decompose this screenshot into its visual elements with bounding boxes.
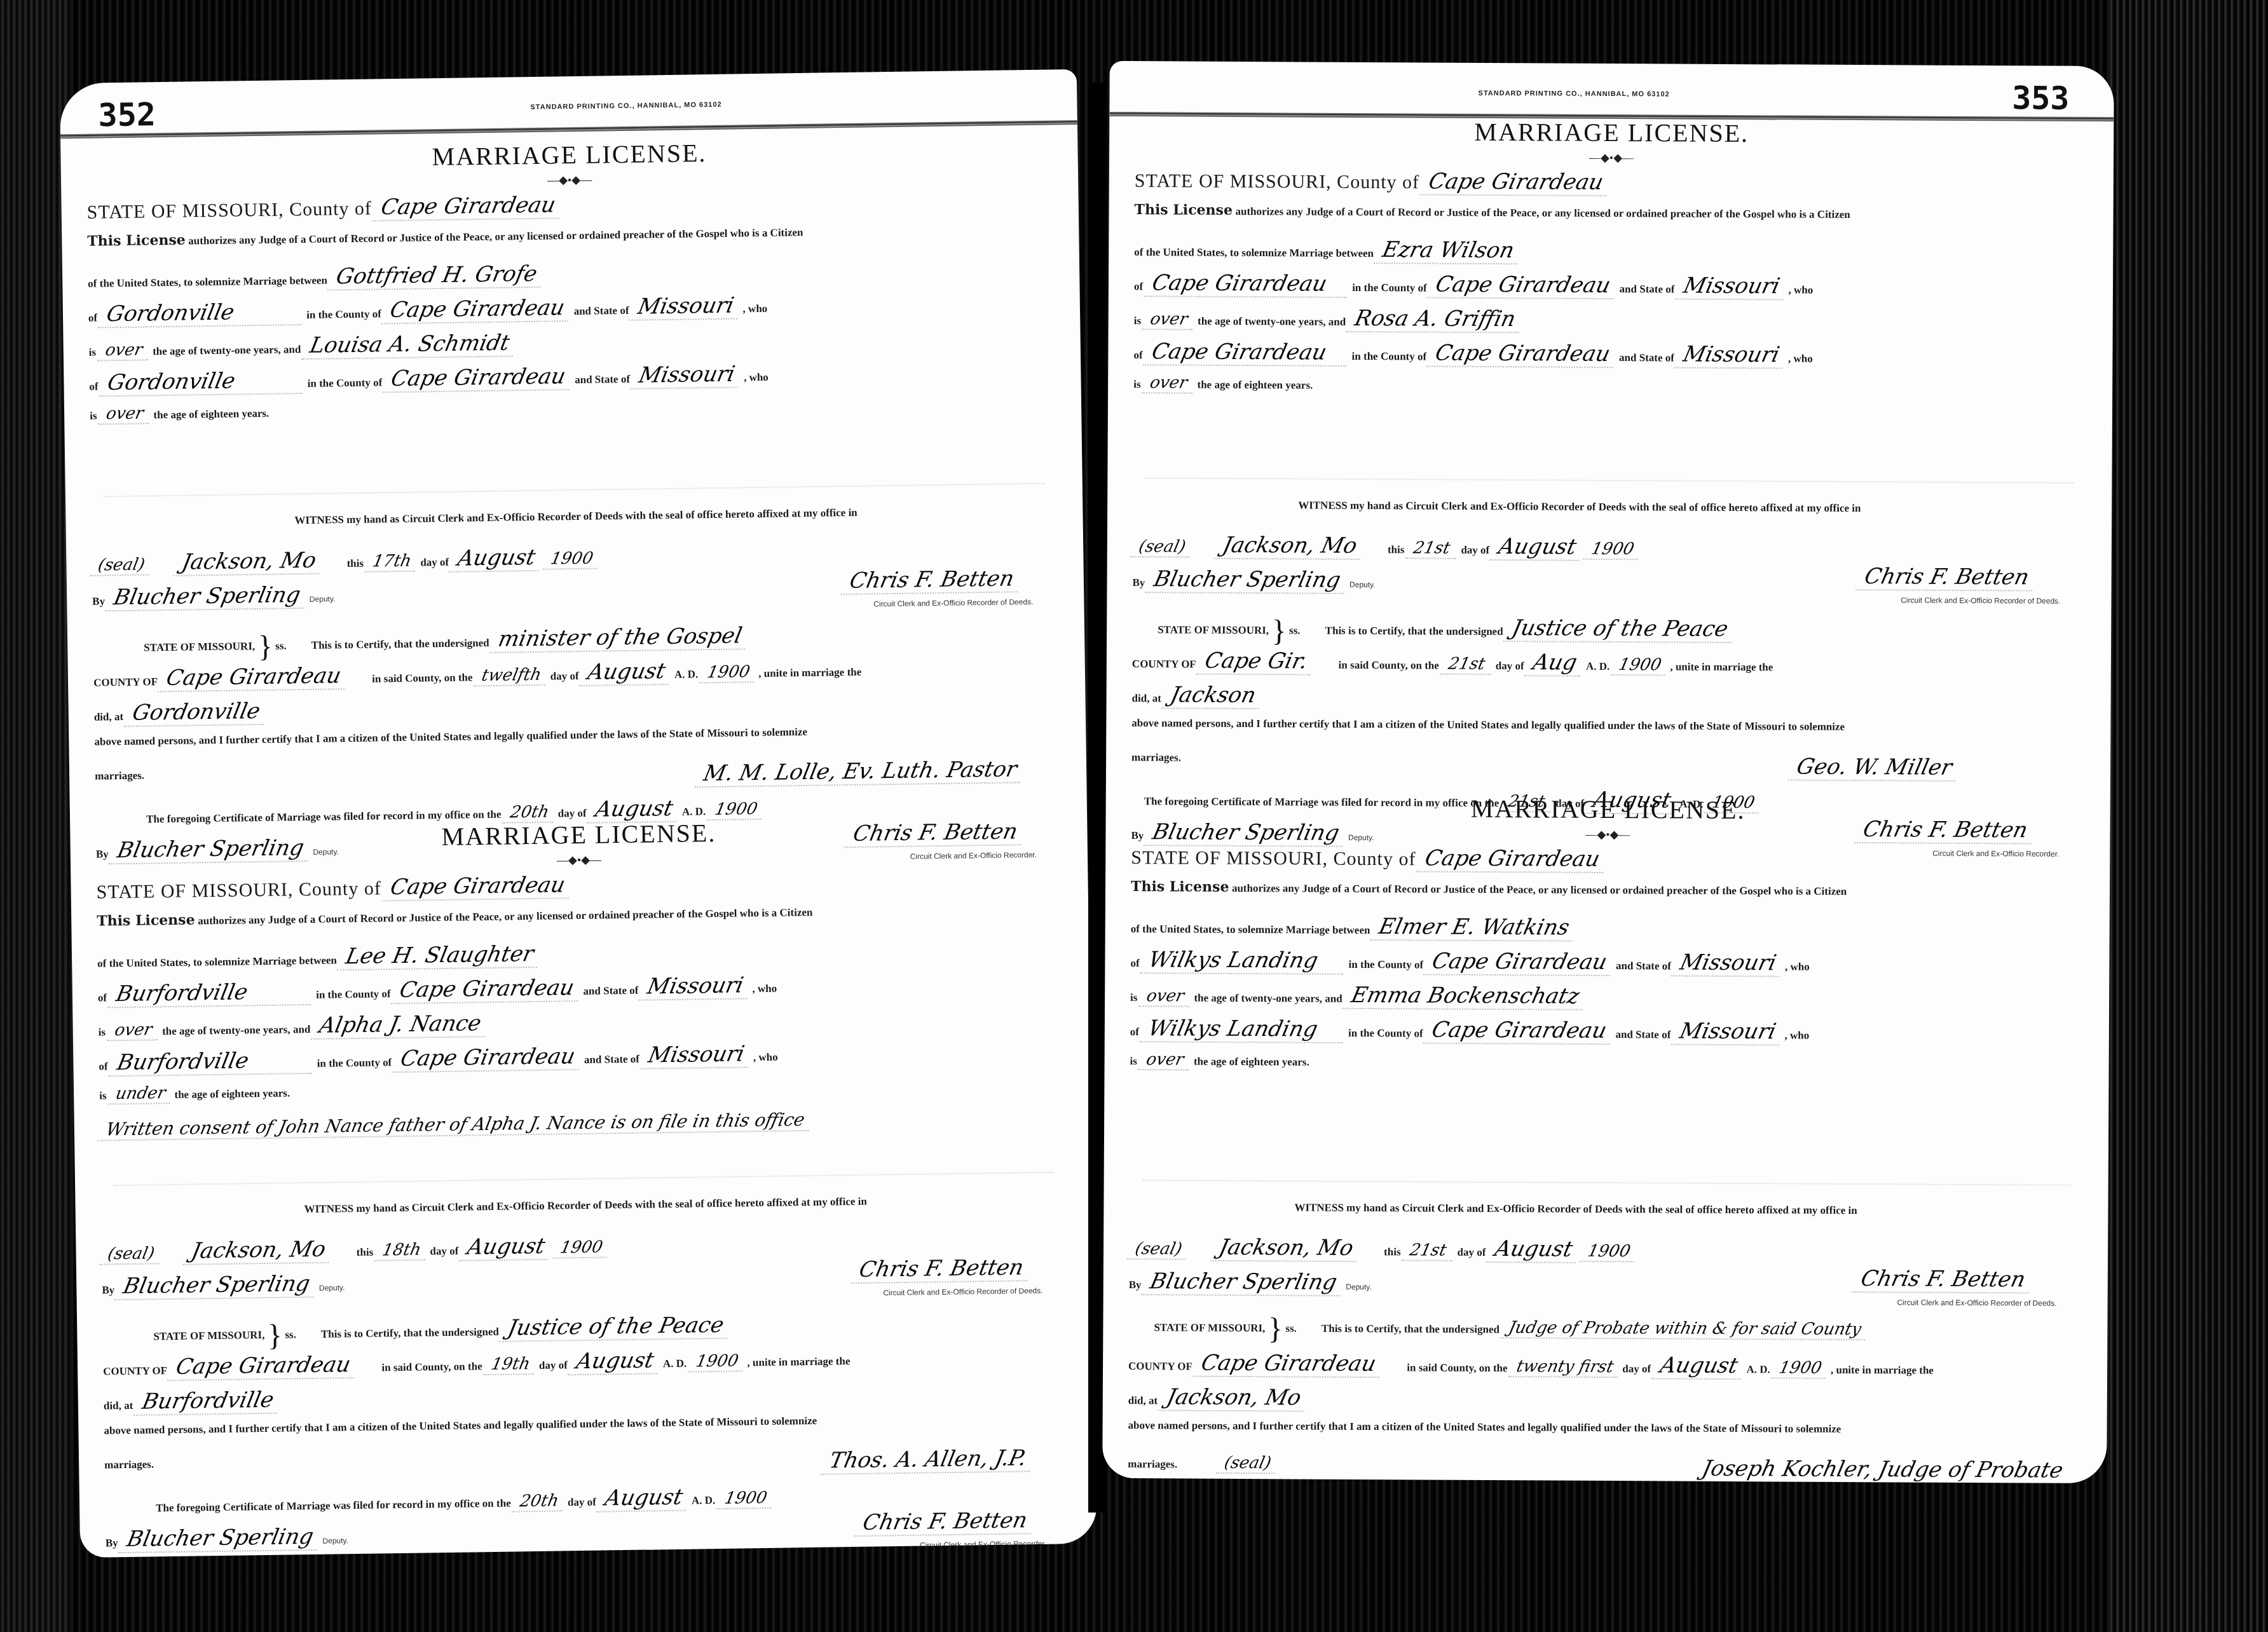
ss-label: ss. [285, 1328, 296, 1340]
groom-residence: Cape Girardeau [1143, 270, 1352, 298]
officiant-title: minister of the Gospel [489, 623, 751, 653]
bride-age-status: over [98, 404, 153, 425]
who-label: , who [1784, 1029, 1809, 1041]
brace: } [257, 634, 273, 660]
bride-age-status: over [1138, 1050, 1193, 1070]
certify-text: This is to Certify, that the undersigned [321, 1326, 499, 1340]
ad-label: A. D. [682, 805, 706, 818]
county-entry: Cape Girardeau [1416, 845, 1608, 873]
of-label: of [1133, 349, 1142, 361]
filed-day: 20th [512, 1491, 567, 1512]
blank-lines [1145, 407, 2074, 484]
cert-year: 1900 [1771, 1358, 1830, 1378]
deputy-signature: Blucher Sperling [1142, 1268, 1346, 1296]
day-of-label: day of [539, 1359, 568, 1371]
county-label: in the County of [316, 988, 391, 1001]
blank-lines [1142, 1084, 2071, 1186]
state-county-label: STATE OF MISSOURI, County of [96, 878, 381, 902]
who-label: , who [753, 1051, 778, 1064]
bride-name: Louisa A. Schmidt [301, 330, 519, 360]
ornament-divider: —◆•◆— [1131, 826, 2084, 844]
officiant-title: Justice of the Peace [1503, 615, 1737, 643]
did-at-label: did, at [104, 1399, 133, 1412]
age-18-label: the age of eighteen years. [174, 1087, 290, 1101]
clerk-caption: Circuit Clerk and Ex-Officio Recorder of… [883, 1286, 1042, 1298]
license-record: MARRIAGE LICENSE. —◆•◆— STATE OF MISSOUR… [1127, 792, 2084, 1483]
is-label: is [90, 410, 97, 422]
bride-residence: Wilkys Landing [1139, 1016, 1348, 1044]
witness-year: 1900 [1583, 540, 1642, 560]
witness-text: WITNESS my hand as Circuit Clerk and Ex-… [304, 1195, 868, 1215]
is-label: is [99, 1089, 107, 1101]
day-of-label: day of [430, 1245, 458, 1258]
groom-residence: Burfordville [107, 979, 315, 1009]
bride-state: Missouri [1674, 342, 1788, 369]
marriages-label: marriages. [1128, 1458, 1177, 1470]
bride-state: Missouri [1670, 1019, 1784, 1046]
marriages-label: marriages. [104, 1458, 154, 1471]
groom-state: Missouri [1671, 950, 1785, 977]
county-label: in the County of [1352, 350, 1427, 363]
witness-day: 17th [364, 551, 420, 572]
day-of-label: day of [1458, 1246, 1486, 1258]
this-label: this [346, 557, 364, 569]
did-at-label: did, at [1132, 692, 1161, 704]
who-label: , who [744, 371, 769, 384]
bride-residence: Cape Girardeau [1143, 339, 1352, 367]
solemnize-label: of the United States, to solemnize Marri… [97, 954, 337, 969]
groom-age-status: over [1138, 986, 1194, 1007]
seal-mark: (seal) [1130, 537, 1194, 557]
authorizes-text: authorizes any Judge of a Court of Recor… [1232, 882, 1847, 897]
witness-month: August [459, 1234, 554, 1261]
age-18-label: the age of eighteen years. [153, 407, 269, 421]
officiant-title: Justice of the Peace [499, 1312, 732, 1342]
officiant-signature: Geo. W. Miller [1787, 754, 1960, 782]
state-label: and State of [1615, 1028, 1670, 1040]
groom-county: Cape Girardeau [381, 295, 573, 324]
unite-label: , unite in marriage the [758, 666, 861, 679]
ad-label: A. D. [1746, 1363, 1770, 1375]
this-license-label: This License [97, 911, 195, 929]
in-said-county-label: in said County, on the [1407, 1361, 1507, 1374]
of-label: of [89, 380, 98, 392]
cert-place: Jackson, Mo [1158, 1384, 1309, 1411]
state-label: and State of [1620, 283, 1675, 295]
cert-day: 19th [483, 1354, 538, 1375]
cert-state-label: STATE OF MISSOURI, [1128, 1321, 1265, 1334]
state-label: and State of [583, 984, 638, 997]
ad-label: A. D. [674, 668, 699, 681]
state-label: and State of [584, 1053, 639, 1066]
witness-month: August [449, 545, 544, 573]
clerk-caption: Circuit Clerk and Ex-Officio Recorder of… [873, 597, 1033, 609]
cert-county-label: COUNTY OF [93, 676, 158, 688]
cert-county: Cape Girardeau [1192, 1350, 1385, 1378]
cert-place: Gordonville [123, 698, 268, 727]
groom-residence: Gordonville [97, 299, 306, 329]
state-county-label: STATE OF MISSOURI, County of [86, 198, 372, 222]
state-label: and State of [575, 373, 630, 386]
cert-county: Cape Girardeau [158, 663, 350, 692]
day-of-label: day of [1622, 1363, 1651, 1375]
printer-imprint: STANDARD PRINTING CO., HANNIBAL, MO 6310… [530, 101, 721, 111]
county-label: in the County of [1349, 958, 1424, 971]
is-label: is [89, 346, 97, 358]
witness-month: August [1489, 534, 1585, 561]
is-label: is [1133, 378, 1140, 390]
printer-imprint: STANDARD PRINTING CO., HANNIBAL, MO 6310… [1479, 90, 1670, 99]
clerk-signature: Chris F. Betten [850, 1255, 1032, 1284]
bride-age-status: under [107, 1084, 174, 1105]
by-label: By [106, 1537, 118, 1549]
unite-label: , unite in marriage the [1670, 661, 1773, 674]
did-at-label: did, at [1128, 1394, 1158, 1406]
deputy-signature: Blucher Sperling [115, 1271, 319, 1300]
filed-year: 1900 [716, 1488, 775, 1509]
age-18-label: the age of eighteen years. [1194, 1056, 1309, 1068]
officiant-signature: M. M. Lolle, Ev. Luth. Pastor [695, 756, 1025, 787]
officiant-signature: Joseph Kochler, Judge of Probate [1693, 1456, 2072, 1483]
of-label: of [98, 991, 107, 1003]
who-label: , who [1788, 352, 1813, 364]
deputy-caption: Deputy. [310, 594, 336, 604]
cert-month: Aug [1524, 649, 1586, 676]
of-label: of [1130, 957, 1139, 969]
cert-day: 21st [1440, 655, 1495, 675]
ss-label: ss. [1285, 1322, 1297, 1334]
of-label: of [99, 1060, 107, 1072]
county-label: in the County of [1348, 1027, 1423, 1040]
filed-month: August [596, 1485, 692, 1513]
ss-label: ss. [1289, 624, 1301, 636]
cert-seal-mark: (seal) [1216, 1453, 1280, 1474]
deputy-caption: Deputy. [1349, 580, 1376, 589]
deputy-caption: Deputy. [1346, 1282, 1372, 1291]
witness-day: 18th [374, 1240, 429, 1261]
groom-state: Missouri [1674, 273, 1788, 301]
this-license-label: This License [1131, 878, 1229, 895]
page-number: 353 [2012, 79, 2070, 116]
groom-county: Cape Girardeau [1427, 272, 1620, 299]
groom-state: Missouri [629, 292, 742, 320]
who-label: , who [752, 983, 777, 995]
cert-month: August [579, 658, 674, 686]
seal-mark: (seal) [90, 555, 153, 576]
by-label: By [102, 1284, 114, 1296]
groom-state: Missouri [639, 972, 752, 1000]
filed-clerk-signature: Chris F. Betten [854, 1507, 1036, 1537]
scan-border-right [2109, 0, 2268, 1632]
scan-border-left [0, 0, 70, 1632]
solemnize-label: of the United States, to solemnize Marri… [88, 274, 327, 289]
state-county-label: STATE OF MISSOURI, County of [1131, 847, 1416, 869]
county-label: in the County of [1352, 282, 1427, 294]
license-title: MARRIAGE LICENSE. [1131, 792, 2085, 827]
day-of-label: day of [558, 807, 587, 820]
brace: } [268, 1323, 283, 1348]
by-label: By [1129, 1279, 1142, 1291]
cert-state-label: STATE OF MISSOURI, [1132, 623, 1269, 636]
brace: } [1268, 1316, 1283, 1342]
state-label: and State of [1616, 960, 1671, 972]
county-label: in the County of [317, 1056, 392, 1070]
officiant-signature: Thos. A. Allen, J.P. [821, 1445, 1035, 1475]
cert-day: twenty first [1508, 1357, 1622, 1378]
this-license-label: This License [87, 232, 186, 250]
groom-residence: Wilkys Landing [1140, 947, 1349, 975]
by-label: By [1133, 576, 1145, 588]
foregoing-text: The foregoing Certificate of Marriage wa… [105, 1497, 511, 1515]
in-said-county-label: in said County, on the [381, 1360, 482, 1373]
this-label: this [1384, 1246, 1401, 1258]
groom-age-status: over [1142, 309, 1197, 330]
witness-month: August [1486, 1236, 1581, 1263]
marriages-label: marriages. [95, 770, 144, 782]
is-label: is [99, 1026, 106, 1038]
brace: } [1271, 618, 1286, 644]
age-21-label: the age of twenty-one years, and [153, 343, 301, 357]
bride-name: Alpha J. Nance [311, 1010, 490, 1040]
cert-year: 1900 [699, 662, 758, 683]
certify-text: This is to Certify, that the undersigned [1325, 625, 1503, 637]
groom-age-status: over [106, 1020, 161, 1041]
witness-year: 1900 [1579, 1242, 1638, 1262]
license-title: MARRIAGE LICENSE. [1135, 115, 2088, 150]
clerk-caption: Circuit Clerk and Ex-Officio Recorder. [920, 1539, 1046, 1550]
ornament-divider: —◆•◆— [1135, 149, 2088, 167]
ss-label: ss. [275, 639, 287, 651]
day-of-label: day of [1461, 544, 1489, 556]
solemnize-label: of the United States, to solemnize Marri… [1134, 246, 1374, 259]
clerk-caption: Circuit Clerk and Ex-Officio Recorder of… [1897, 1298, 2056, 1307]
in-said-county-label: in said County, on the [1339, 659, 1439, 672]
cert-county: Cape Gir. [1196, 648, 1316, 676]
cert-county: Cape Girardeau [167, 1352, 359, 1381]
license-record: MARRIAGE LICENSE. —◆•◆— STATE OF MISSOUR… [95, 813, 1072, 1558]
witness-day: 21st [1402, 1241, 1457, 1261]
deputy-caption: Deputy. [322, 1536, 348, 1546]
who-label: , who [742, 303, 767, 315]
day-of-label: day of [568, 1496, 596, 1509]
ledger-page-right: 353 STANDARD PRINTING CO., HANNIBAL, MO … [1102, 61, 2114, 1483]
state-county-label: STATE OF MISSOURI, County of [1135, 170, 1419, 193]
witness-day: 21st [1405, 538, 1460, 559]
age-21-label: the age of twenty-one years, and [162, 1023, 310, 1037]
age-21-label: the age of twenty-one years, and [1198, 315, 1346, 328]
witness-text: WITNESS my hand as Circuit Clerk and Ex-… [294, 507, 857, 526]
county-entry: Cape Girardeau [372, 192, 564, 221]
groom-county: Cape Girardeau [391, 975, 583, 1004]
cert-county-label: COUNTY OF [1132, 658, 1196, 670]
bride-state: Missouri [639, 1041, 753, 1069]
of-label: of [1130, 1026, 1139, 1038]
bride-residence: Gordonville [99, 367, 307, 397]
unite-label: , unite in marriage the [747, 1355, 850, 1368]
clerk-signature: Chris F. Betten [841, 566, 1023, 595]
cert-state-label: STATE OF MISSOURI, [93, 640, 255, 655]
groom-name: Ezra Wilson [1374, 237, 1523, 264]
ad-label: A. D. [663, 1357, 687, 1370]
license-record: MARRIAGE LICENSE. —◆•◆— STATE OF MISSOUR… [86, 133, 1062, 882]
filed-deputy-signature: Blucher Sperling [118, 1524, 322, 1553]
clerk-signature: Chris F. Betten [1855, 564, 2038, 591]
officiant-title: Judge of Probate within & for said Count… [1500, 1318, 1869, 1340]
who-label: , who [1789, 283, 1814, 296]
age-18-label: the age of eighteen years. [1197, 379, 1313, 391]
deputy-signature: Blucher Sperling [105, 582, 309, 611]
day-of-label: day of [550, 670, 579, 683]
bride-name: Emma Bockenschatz [1342, 983, 1588, 1010]
bride-county: Cape Girardeau [392, 1044, 584, 1073]
above-named-text: above named persons, and I further certi… [1128, 1419, 1841, 1435]
ad-label: A. D. [1586, 660, 1609, 672]
cert-place: Jackson [1161, 682, 1265, 709]
this-license-label: This License [1135, 201, 1233, 219]
by-label: By [92, 595, 105, 607]
ledger-page-left: 352 STANDARD PRINTING CO., HANNIBAL, MO … [60, 69, 1097, 1558]
certify-text: This is to Certify, that the undersigned [311, 637, 489, 651]
of-label: of [1134, 280, 1143, 292]
cert-month: August [1651, 1352, 1746, 1380]
bride-name: Rosa A. Griffin [1346, 306, 1524, 333]
marriages-label: marriages. [1131, 751, 1181, 763]
witness-place: Jackson, Mo [1213, 533, 1365, 560]
groom-name: Lee H. Slaughter [337, 941, 542, 971]
this-label: this [357, 1246, 374, 1258]
day-of-label: day of [1496, 660, 1524, 672]
cert-month: August [568, 1347, 663, 1375]
page-number: 352 [98, 96, 156, 133]
is-label: is [1130, 1055, 1137, 1067]
clerk-caption: Circuit Clerk and Ex-Officio Recorder of… [1901, 595, 2060, 605]
bride-county: Cape Girardeau [383, 364, 575, 393]
groom-name: Gottfried H. Grofe [327, 261, 546, 291]
this-label: this [1388, 543, 1405, 555]
bride-residence: Burfordville [108, 1047, 317, 1077]
witness-place: Jackson, Mo [173, 548, 325, 576]
clerk-signature: Chris F. Betten [1852, 1266, 2035, 1293]
county-entry: Cape Girardeau [1419, 168, 1612, 196]
cert-day: twelfth [474, 665, 550, 687]
groom-name: Elmer E. Watkins [1370, 914, 1578, 942]
bride-age-status: over [1142, 373, 1197, 393]
county-entry: Cape Girardeau [381, 872, 573, 901]
witness-place: Jackson, Mo [1210, 1235, 1362, 1262]
book-gutter [1088, 83, 1105, 1513]
deputy-signature: Blucher Sperling [1145, 566, 1349, 594]
state-label: and State of [1619, 351, 1674, 364]
age-21-label: the age of twenty-one years, and [1194, 992, 1342, 1005]
did-at-label: did, at [94, 711, 124, 723]
groom-age-status: over [97, 340, 151, 361]
groom-county: Cape Girardeau [1423, 949, 1616, 976]
cert-county-label: COUNTY OF [103, 1364, 167, 1377]
county-label: in the County of [306, 308, 381, 321]
cert-year: 1900 [688, 1351, 747, 1372]
county-label: in the County of [308, 376, 383, 390]
unite-label: , unite in marriage the [1831, 1364, 1934, 1377]
state-label: and State of [573, 304, 629, 317]
certify-text: This is to Certify, that the undersigned [1322, 1323, 1499, 1335]
bride-state: Missouri [630, 361, 743, 389]
in-said-county-label: in said County, on the [372, 671, 472, 684]
witness-text: WITNESS my hand as Circuit Clerk and Ex-… [1294, 1201, 1857, 1216]
witness-year: 1900 [552, 1237, 611, 1258]
witness-year: 1900 [542, 548, 601, 569]
who-label: , who [1785, 960, 1810, 972]
bride-county: Cape Girardeau [1426, 341, 1619, 368]
cert-year: 1900 [1610, 655, 1669, 676]
ad-label: A. D. [692, 1494, 716, 1507]
witness-place: Jackson, Mo [182, 1236, 334, 1265]
is-label: is [1134, 315, 1141, 327]
solemnize-label: of the United States, to solemnize Marri… [1131, 923, 1370, 936]
seal-mark: (seal) [99, 1244, 162, 1265]
license-record: MARRIAGE LICENSE. —◆•◆— STATE OF MISSOUR… [1131, 115, 2088, 869]
is-label: is [1130, 991, 1137, 1003]
cert-place: Burfordville [133, 1387, 282, 1416]
authorizes-text: authorizes any Judge of a Court of Recor… [1235, 205, 1850, 221]
cert-state-label: STATE OF MISSOURI, [102, 1329, 264, 1343]
cert-county-label: COUNTY OF [1128, 1360, 1192, 1373]
above-named-text: above named persons, and I further certi… [1131, 717, 1845, 733]
of-label: of [88, 311, 97, 323]
seal-mark: (seal) [1127, 1239, 1191, 1260]
deputy-caption: Deputy. [319, 1283, 345, 1293]
witness-text: WITNESS my hand as Circuit Clerk and Ex-… [1298, 499, 1861, 514]
day-of-label: day of [420, 556, 449, 569]
bride-county: Cape Girardeau [1423, 1017, 1616, 1045]
